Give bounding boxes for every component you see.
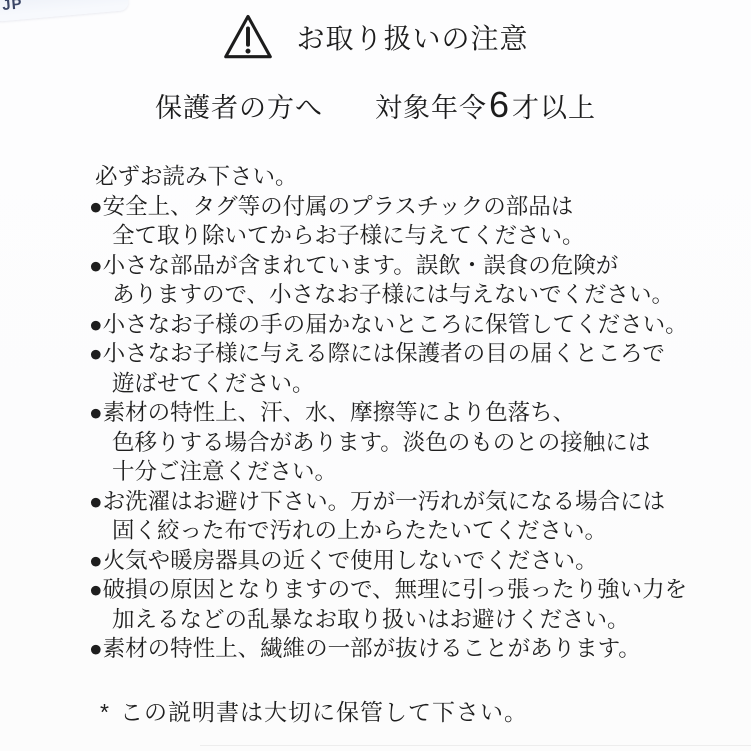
notice-line: ●お洗濯はお避け下さい。万が一汚れが気になる場合には <box>89 487 731 517</box>
notice-line: ●素材の特性上、汗、水、摩擦等により色落ち、 <box>89 398 731 428</box>
notice-line: 固く絞った布で汚れの上からたたいてください。 <box>89 516 731 546</box>
notice-line: 必ずお読み下さい。 <box>89 162 731 192</box>
notice-line: ●火気や暖房器具の近くで使用しないでください。 <box>89 546 731 576</box>
age-label: 対象年令 <box>375 93 487 123</box>
corner-badge-label: JP <box>2 0 24 14</box>
page-title: お取り扱いの注意 <box>296 17 528 57</box>
notice-line: ●小さなお子様の手の届かないところに保管してください。 <box>89 310 731 340</box>
notice-line: 加えるなどの乱暴なお取り扱いはお避けください。 <box>89 605 731 635</box>
notice-line: ●小さなお子様に与える際には保護者の目の届くところで <box>89 339 731 369</box>
age-number: 6 <box>487 84 512 125</box>
age-restriction: 対象年令6才以上 <box>375 84 596 126</box>
age-suffix: 才以上 <box>512 93 596 123</box>
notice-line: 全て取り除いてからお子様に与えてください。 <box>89 221 731 251</box>
notice-line: ●破損の原因となりますので、無理に引っ張ったり強い力を <box>89 575 731 605</box>
notice-list: 必ずお読み下さい。●安全上、タグ等の付属のプラスチックの部品は全て取り除いてから… <box>0 162 751 664</box>
subheader: 保護者の方へ 対象年令6才以上 <box>0 84 751 126</box>
notice-line: 十分ご注意ください。 <box>89 457 731 487</box>
footnote-text: この説明書は大切に保管して下さい。 <box>120 699 528 725</box>
notice-line: ●素材の特性上、繊維の一部が抜けることがあります。 <box>89 634 731 664</box>
footnote-marker: * <box>100 699 110 725</box>
bottom-hairline <box>200 745 751 746</box>
instruction-sheet: JP お取り扱いの注意 保護者の方へ 対象年令6才以上 必ずお読み下さい。●安全… <box>0 0 751 751</box>
notice-line: 色移りする場合があります。淡色のものとの接触には <box>89 428 731 458</box>
notice-line: 遊ばせてください。 <box>89 369 731 399</box>
notice-line: ありますので、小さなお子様には与えないでください。 <box>89 280 731 310</box>
notice-line: ●小さな部品が含まれています。誤飲・誤食の危険が <box>89 251 731 281</box>
audience-label: 保護者の方へ <box>155 86 323 125</box>
warning-triangle-icon <box>222 13 274 61</box>
notice-line: ●安全上、タグ等の付属のプラスチックの部品は <box>89 192 731 222</box>
footnote: *この説明書は大切に保管して下さい。 <box>0 694 751 727</box>
